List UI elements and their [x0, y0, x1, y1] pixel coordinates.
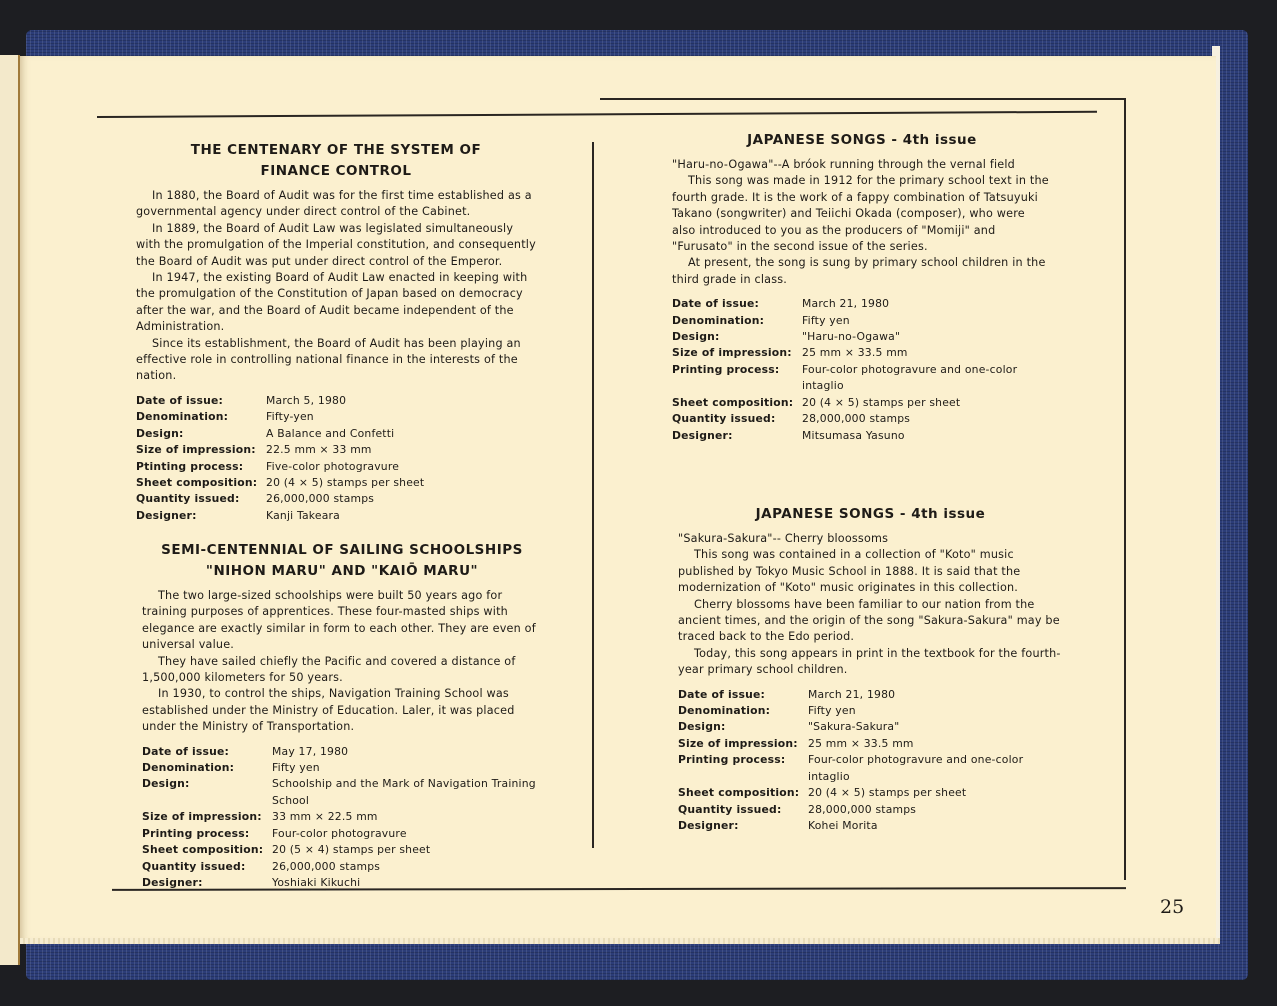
spec-label: Sheet composition: [142, 842, 272, 858]
page-number: 25 [1160, 896, 1184, 918]
spec-label: Quantity issued: [672, 411, 802, 427]
spec-label: Size of impression: [136, 442, 266, 458]
spec-value: Yoshiaki Kikuchi [272, 875, 542, 891]
spec-label: Size of impression: [142, 809, 272, 825]
spec-label: Design: [142, 776, 272, 809]
page-stack-bottom [20, 938, 1220, 944]
stamp-specs: Date of issue:March 21, 1980Denomination… [678, 687, 1063, 835]
spec-value: 20 (4 × 5) stamps per sheet [802, 395, 1052, 411]
spec-value: Fifty yen [802, 313, 1052, 329]
spec-value: Five-color photogravure [266, 459, 536, 475]
spec-value: 26,000,000 stamps [266, 491, 536, 507]
spec-label: Size of impression: [678, 736, 808, 752]
article-paragraph: The two large-sized schoolships were bui… [142, 588, 542, 654]
spec-value: Four-color photogravure and one-color in… [802, 362, 1052, 395]
article-sailing-schoolships: SEMI-CENTENNIAL OF SAILING SCHOOLSHIPS"N… [142, 540, 542, 891]
spec-value: "Haru-no-Ogawa" [802, 329, 1052, 345]
spec-label: Designer: [136, 508, 266, 524]
spec-value: 33 mm × 22.5 mm [272, 809, 542, 825]
article-title: JAPANESE SONGS - 4th issue [678, 504, 1063, 525]
spec-label: Quantity issued: [142, 859, 272, 875]
spec-label: Sheet composition: [136, 475, 266, 491]
article-sakura-sakura: JAPANESE SONGS - 4th issue"Sakura-Sakura… [678, 504, 1063, 834]
article-title-line: JAPANESE SONGS - 4th issue [756, 506, 986, 522]
spec-label: Design: [678, 719, 808, 735]
spec-value: March 5, 1980 [266, 393, 536, 409]
spec-value: 20 (4 × 5) stamps per sheet [266, 475, 536, 491]
article-paragraph: They have sailed chiefly the Pacific and… [142, 654, 542, 687]
spec-label: Ptinting process: [136, 459, 266, 475]
spec-value: Kohei Morita [808, 818, 1063, 834]
article-title-line: THE CENTENARY OF THE SYSTEM OF [191, 142, 481, 158]
spec-value: 22.5 mm × 33 mm [266, 442, 536, 458]
spec-value: 28,000,000 stamps [808, 802, 1063, 818]
spec-label: Design: [672, 329, 802, 345]
article-title: SEMI-CENTENNIAL OF SAILING SCHOOLSHIPS"N… [142, 540, 542, 582]
article-paragraph: In 1947, the existing Board of Audit Law… [136, 270, 536, 336]
article-title-line: SEMI-CENTENNIAL OF SAILING SCHOOLSHIPS [161, 542, 523, 558]
spec-value: A Balance and Confetti [266, 426, 536, 442]
spec-value: Fifty-yen [266, 409, 536, 425]
frame-rule-top-right [600, 98, 1126, 100]
article-paragraph: At present, the song is sung by primary … [672, 255, 1052, 288]
article-paragraph: This song was made in 1912 for the prima… [672, 173, 1052, 255]
spec-label: Design: [136, 426, 266, 442]
article-title-line: FINANCE CONTROL [261, 163, 412, 179]
spec-label: Size of impression: [672, 345, 802, 361]
spec-value: Mitsumasa Yasuno [802, 428, 1052, 444]
article-haru-no-ogawa: JAPANESE SONGS - 4th issue"Haru-no-Ogawa… [672, 130, 1052, 444]
spec-value: Kanji Takeara [266, 508, 536, 524]
spec-label: Denomination: [672, 313, 802, 329]
spec-value: Four-color photogravure and one-color in… [808, 752, 1063, 785]
stamp-specs: Date of issue:March 5, 1980Denomination:… [136, 393, 536, 524]
spec-label: Date of issue: [142, 744, 272, 760]
spec-value: 25 mm × 33.5 mm [808, 736, 1063, 752]
spec-label: Quantity issued: [136, 491, 266, 507]
spec-label: Designer: [678, 818, 808, 834]
spec-value: Fifty yen [808, 703, 1063, 719]
article-subtitle: "Haru-no-Ogawa"--A bróok running through… [672, 157, 1052, 173]
spec-value: 20 (5 × 4) stamps per sheet [272, 842, 542, 858]
article-title: THE CENTENARY OF THE SYSTEM OFFINANCE CO… [136, 140, 536, 182]
article-paragraph: In 1930, to control the ships, Navigatio… [142, 686, 542, 735]
spec-label: Printing process: [142, 826, 272, 842]
spec-value: "Sakura-Sakura" [808, 719, 1063, 735]
article-paragraph: Cherry blossoms have been familiar to ou… [678, 597, 1063, 646]
spec-value: March 21, 1980 [802, 296, 1052, 312]
article-subtitle: "Sakura-Sakura"-- Cherry bloossoms [678, 531, 1063, 547]
spec-value: 20 (4 × 5) stamps per sheet [808, 785, 1063, 801]
spec-label: Sheet composition: [672, 395, 802, 411]
spec-label: Date of issue: [136, 393, 266, 409]
article-paragraph: Today, this song appears in print in the… [678, 646, 1063, 679]
spec-value: 25 mm × 33.5 mm [802, 345, 1052, 361]
spec-label: Denomination: [136, 409, 266, 425]
article-title: JAPANESE SONGS - 4th issue [672, 130, 1052, 151]
stamp-specs: Date of issue:May 17, 1980Denomination:F… [142, 744, 542, 892]
article-paragraph: This song was contained in a collection … [678, 547, 1063, 596]
spec-value: May 17, 1980 [272, 744, 542, 760]
spec-label: Date of issue: [672, 296, 802, 312]
left-page-edge [0, 55, 20, 965]
spec-value: Four-color photogravure [272, 826, 542, 842]
article-finance-control: THE CENTENARY OF THE SYSTEM OFFINANCE CO… [136, 140, 536, 524]
article-paragraph: Since its establishment, the Board of Au… [136, 336, 536, 385]
frame-rule-right [1124, 98, 1126, 880]
spec-label: Denomination: [678, 703, 808, 719]
spec-label: Denomination: [142, 760, 272, 776]
article-paragraph: In 1880, the Board of Audit was for the … [136, 188, 536, 221]
spec-label: Date of issue: [678, 687, 808, 703]
spec-value: Fifty yen [272, 760, 542, 776]
spec-value: March 21, 1980 [808, 687, 1063, 703]
spec-label: Sheet composition: [678, 785, 808, 801]
spec-label: Quantity issued: [678, 802, 808, 818]
spec-label: Printing process: [678, 752, 808, 785]
spec-value: 26,000,000 stamps [272, 859, 542, 875]
article-paragraph: In 1889, the Board of Audit Law was legi… [136, 221, 536, 270]
column-divider [592, 142, 594, 848]
spec-label: Designer: [672, 428, 802, 444]
spec-value: 28,000,000 stamps [802, 411, 1052, 427]
spec-label: Designer: [142, 875, 272, 891]
article-title-line: JAPANESE SONGS - 4th issue [747, 132, 977, 148]
stamp-specs: Date of issue:March 21, 1980Denomination… [672, 296, 1052, 444]
spec-value: Schoolship and the Mark of Navigation Tr… [272, 776, 542, 809]
article-title-line: "NIHON MARU" AND "KAIŌ MARU" [206, 563, 478, 579]
spec-label: Printing process: [672, 362, 802, 395]
